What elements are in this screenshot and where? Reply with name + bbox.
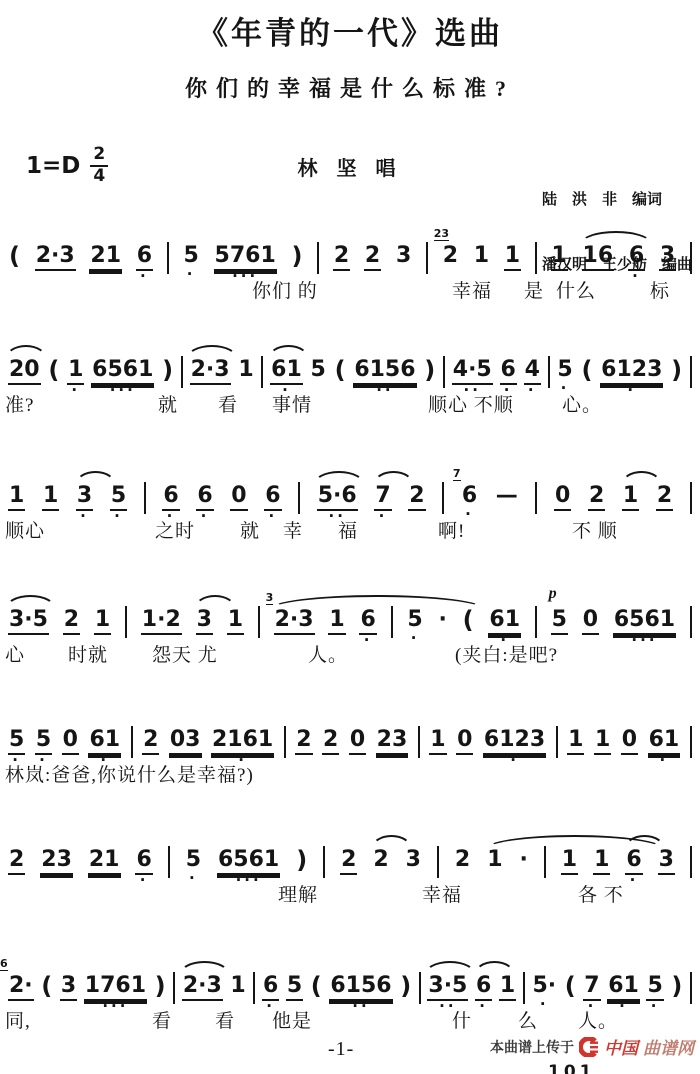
note: 6561··· bbox=[91, 358, 154, 385]
note: 1 bbox=[594, 728, 611, 755]
note-text: 1 bbox=[504, 244, 521, 271]
note-text: · bbox=[518, 848, 528, 873]
notes-row: 20(1·6561···)2·3161·5(6156··)4·5··6·4·5·… bbox=[8, 332, 692, 394]
note: 6· bbox=[162, 484, 179, 511]
note: 61· bbox=[607, 974, 640, 1001]
lyrics-row: 理解幸福各 不 bbox=[0, 880, 700, 906]
note-text: 3·5 bbox=[8, 608, 49, 635]
music-system-2: 20(1·6561···)2·3161·5(6156··)4·5··6·4·5·… bbox=[0, 332, 700, 394]
barline bbox=[523, 972, 525, 1004]
note: 20 bbox=[8, 358, 41, 385]
barline bbox=[261, 356, 263, 388]
lyric-syllable: 顺心 bbox=[5, 516, 45, 543]
barline bbox=[181, 356, 183, 388]
note: 3 bbox=[60, 974, 77, 1001]
note: · bbox=[518, 848, 528, 873]
barline bbox=[442, 482, 444, 514]
note: 1 bbox=[473, 244, 490, 269]
note: 1 bbox=[593, 848, 610, 875]
barline bbox=[317, 242, 319, 274]
slur-arc bbox=[5, 345, 47, 359]
note-text: 2 bbox=[408, 484, 425, 511]
note: 5761··· bbox=[214, 244, 277, 271]
note-text: 23 bbox=[40, 848, 73, 875]
note-text: 1 bbox=[429, 728, 446, 755]
lyric-syllable: 之时 bbox=[155, 516, 195, 543]
note: 03 bbox=[169, 728, 202, 755]
note: 6· bbox=[628, 244, 645, 271]
lyric-syllable: 么 bbox=[518, 1006, 538, 1033]
note: 5·· bbox=[531, 974, 557, 999]
note-text: 23 bbox=[376, 728, 409, 755]
note: 2 bbox=[333, 244, 350, 271]
note-text: 0 bbox=[554, 484, 571, 511]
note: 1 bbox=[328, 608, 345, 635]
note-text: 1·2 bbox=[141, 608, 182, 635]
note-text: ( bbox=[40, 973, 53, 1000]
lyrics-row: 林岚:爸爸,你说什么是幸福?) bbox=[0, 760, 700, 786]
note: 5 bbox=[310, 358, 327, 383]
note: 6·7 bbox=[461, 484, 478, 509]
note-text: 0 bbox=[62, 728, 79, 755]
note-text: 1 bbox=[328, 608, 345, 635]
note: 6156·· bbox=[353, 358, 416, 385]
clipped-stamp-number: 101 bbox=[548, 1062, 596, 1074]
lyric-syllable: 人。 bbox=[308, 640, 348, 667]
note-text: 2 bbox=[364, 244, 381, 271]
note-text: 1 bbox=[499, 974, 516, 1001]
lyrics-row: 同,看看他是什么人。 bbox=[0, 1006, 700, 1032]
slur-arc bbox=[424, 961, 476, 975]
note: 5· bbox=[182, 244, 199, 269]
lyric-syllable: 他是 bbox=[272, 1006, 312, 1033]
note-text: ) bbox=[161, 357, 174, 384]
note: 2 bbox=[408, 484, 425, 511]
note-text: 2 bbox=[588, 484, 605, 511]
slur-arc bbox=[194, 595, 235, 609]
note: 1 bbox=[429, 728, 446, 755]
note: 0 bbox=[349, 728, 366, 755]
note: 1 bbox=[94, 608, 111, 635]
note-text: 5 bbox=[551, 608, 568, 635]
lyrics-row: 心时就怨天 尤人。(夹白:是吧? bbox=[0, 640, 700, 666]
grace-note: 23 bbox=[434, 228, 449, 241]
lyric-syllable: 事情 bbox=[272, 390, 312, 417]
slur-arc bbox=[186, 345, 238, 359]
barline bbox=[690, 606, 692, 638]
note: 6· bbox=[500, 358, 517, 385]
barline bbox=[690, 356, 692, 388]
lyric-syllable: 就 bbox=[158, 390, 178, 417]
note: 3·5 bbox=[8, 608, 49, 635]
note: 0 bbox=[62, 728, 79, 755]
barline bbox=[426, 242, 428, 274]
note: 6· bbox=[136, 244, 153, 271]
note: 2·3 bbox=[182, 974, 223, 1001]
lyric-syllable: 同, bbox=[5, 1006, 31, 1033]
barline bbox=[690, 242, 692, 274]
note: 2·3 bbox=[190, 358, 231, 385]
note: 1 bbox=[229, 974, 246, 999]
note-text: 1 bbox=[561, 848, 578, 875]
notes-row: (2·3216·5·5761···)223223111166·3 bbox=[8, 218, 692, 280]
note: 2·6 bbox=[8, 974, 34, 1001]
lyric-syllable: 准? bbox=[5, 390, 34, 417]
note: 1 bbox=[622, 484, 639, 511]
barline bbox=[125, 606, 127, 638]
note: 16 bbox=[582, 244, 615, 271]
note-text: 1 bbox=[227, 608, 244, 635]
watermark-site-suffix: 曲谱网 bbox=[643, 1034, 694, 1059]
lyric-syllable: 福 bbox=[338, 516, 358, 543]
note-text: 21 bbox=[88, 848, 121, 875]
slur-arc bbox=[179, 961, 231, 975]
lyric-syllable: 看 bbox=[218, 390, 238, 417]
barline bbox=[253, 972, 255, 1004]
note-text: 2 bbox=[8, 848, 25, 875]
note-text: · bbox=[438, 608, 448, 633]
note: ) bbox=[161, 358, 174, 385]
note-text: 03 bbox=[169, 728, 202, 755]
note: — bbox=[495, 484, 519, 509]
note-text: 2·3 bbox=[35, 244, 76, 271]
note: 4·5·· bbox=[452, 358, 493, 385]
slur-arc bbox=[474, 961, 515, 975]
song-title: 你们的幸福是什么标准? bbox=[0, 72, 700, 103]
note: ( bbox=[564, 974, 577, 1001]
lyric-syllable: 看 bbox=[152, 1006, 172, 1033]
note: 5· bbox=[35, 728, 52, 755]
note: 7· bbox=[583, 974, 600, 1001]
note-text: 1 bbox=[567, 728, 584, 755]
note: 1·2 bbox=[141, 608, 182, 635]
barline bbox=[544, 846, 546, 878]
note: 3·5·· bbox=[427, 974, 468, 1001]
lyric-syllable: 幸 bbox=[283, 516, 303, 543]
note-text: 3 bbox=[405, 848, 422, 873]
watermark-text: 本曲谱上传于 bbox=[490, 1037, 574, 1057]
note: 21 bbox=[88, 848, 121, 875]
lyric-syllable: 理解 bbox=[278, 880, 318, 907]
note: ) bbox=[670, 358, 683, 385]
note: 1 bbox=[42, 484, 59, 511]
note: 6· bbox=[264, 484, 281, 511]
note: 6· bbox=[196, 484, 213, 511]
note-text: 2 bbox=[656, 484, 673, 511]
note-text: ) bbox=[295, 847, 308, 874]
note: 1 bbox=[499, 974, 516, 1001]
note-text: 1 bbox=[8, 484, 25, 511]
lyric-syllable: 心 bbox=[5, 640, 25, 667]
note: 3 bbox=[659, 244, 676, 271]
note: 5· bbox=[556, 358, 573, 383]
note: ) bbox=[290, 244, 303, 271]
song-collection-title: 《年青的一代》选曲 bbox=[0, 8, 700, 53]
note: 5 bbox=[286, 974, 303, 1001]
slur-arc bbox=[270, 595, 484, 609]
note: 2 bbox=[372, 848, 389, 873]
lyrics-row: 顺心之时就幸福啊!不 顺 bbox=[0, 516, 700, 542]
note: 2 bbox=[295, 728, 312, 755]
note: 2 bbox=[656, 484, 673, 511]
note-text: 1 bbox=[593, 848, 610, 875]
note: 5·6·· bbox=[317, 484, 358, 511]
note-text: 16 bbox=[582, 244, 615, 271]
notes-row: 113·5·6·6·06·5·6··7·26·7—0212 bbox=[8, 458, 692, 520]
note-text: 2 bbox=[340, 848, 357, 875]
watermark: 本曲谱上传于 中国 曲谱网 bbox=[490, 1034, 694, 1059]
music-system-7: 2·6(31761···)2·316·5(6156··)3·5··6·15··(… bbox=[0, 948, 700, 1010]
note: 1 bbox=[561, 848, 578, 875]
notes-row: 5·5·061·2032161·22023106123·11061· bbox=[8, 702, 692, 764]
note-text: 2·3 bbox=[274, 608, 315, 635]
note-text: 1 bbox=[229, 974, 246, 999]
note-text: 3 bbox=[60, 974, 77, 1001]
note: 61· bbox=[488, 608, 521, 635]
barline bbox=[535, 606, 537, 638]
note: 21 bbox=[89, 244, 122, 271]
note: 6561··· bbox=[217, 848, 280, 875]
note: 1 bbox=[504, 244, 521, 271]
barline bbox=[418, 726, 420, 758]
note-text: 0 bbox=[349, 728, 366, 755]
slur-arc bbox=[371, 835, 412, 849]
note: 6· bbox=[359, 608, 376, 635]
slur-arc bbox=[621, 471, 662, 485]
note: 6156·· bbox=[329, 974, 392, 1001]
sheet-music-page: { "header": { "title": "《年青的一代》选曲", "sub… bbox=[0, 0, 700, 1074]
note: 0 bbox=[230, 484, 247, 511]
note: ) bbox=[670, 974, 683, 1001]
note: 6561··· bbox=[613, 608, 676, 635]
note: 1 bbox=[567, 728, 584, 755]
note: 3 bbox=[196, 608, 213, 635]
note: 3 bbox=[658, 848, 675, 875]
note: 6· bbox=[625, 848, 642, 875]
lyric-syllable: 看 bbox=[215, 1006, 235, 1033]
note-text: ) bbox=[423, 357, 436, 384]
barline bbox=[548, 356, 550, 388]
slur-arc bbox=[75, 471, 116, 485]
note-text: 0 bbox=[582, 608, 599, 635]
note: 23 bbox=[376, 728, 409, 755]
barline bbox=[173, 972, 175, 1004]
note-text: 20 bbox=[8, 358, 41, 385]
grace-note: 6 bbox=[0, 958, 8, 971]
note: 3· bbox=[76, 484, 93, 511]
note: 0 bbox=[554, 484, 571, 511]
slur-arc bbox=[373, 471, 414, 485]
barline bbox=[298, 482, 300, 514]
note-text: ( bbox=[47, 357, 60, 384]
note: 1· bbox=[67, 358, 84, 385]
note-text: 2 bbox=[372, 848, 389, 873]
note: 23 bbox=[40, 848, 73, 875]
note: 2 bbox=[364, 244, 381, 271]
note: ) bbox=[154, 974, 167, 1001]
note-text: 2 bbox=[333, 244, 350, 271]
note: 3 bbox=[405, 848, 422, 873]
slur-arc bbox=[268, 345, 310, 359]
lyric-syllable: 你们 的 bbox=[252, 276, 318, 303]
note: ( bbox=[462, 608, 475, 635]
lyric-syllable: 啊! bbox=[438, 516, 465, 543]
note-text: 2 bbox=[454, 848, 471, 873]
notes-row: 223216·5·6561···)22321·116·3 bbox=[8, 822, 692, 884]
barline bbox=[131, 726, 133, 758]
note-text: 3 bbox=[658, 848, 675, 875]
lyric-syllable: (夹白:是吧? bbox=[455, 640, 558, 667]
note: 1 bbox=[486, 848, 503, 873]
lyric-syllable: 怨天 尤 bbox=[152, 640, 218, 667]
note: 5· bbox=[646, 974, 663, 1001]
note-text: ) bbox=[670, 973, 683, 1000]
note-text: 3 bbox=[659, 244, 676, 271]
music-system-6: 223216·5·6561···)22321·116·3理解幸福各 不 bbox=[0, 822, 700, 884]
note: 2 bbox=[142, 728, 159, 755]
note: 2 bbox=[454, 848, 471, 873]
lyric-syllable: 就 bbox=[240, 516, 260, 543]
note-text: ) bbox=[399, 973, 412, 1000]
note: ) bbox=[423, 358, 436, 385]
note: ( bbox=[310, 974, 323, 1001]
note: 4· bbox=[524, 358, 541, 385]
note-text: 0 bbox=[456, 728, 473, 755]
note-text: ( bbox=[462, 607, 475, 634]
notes-row: 2·6(31761···)2·316·5(6156··)3·5··6·15··(… bbox=[8, 948, 692, 1010]
note-text: 5 bbox=[286, 974, 303, 1001]
note: 2 bbox=[63, 608, 80, 635]
note: 6· bbox=[262, 974, 279, 1001]
note-text: 2 bbox=[295, 728, 312, 755]
music-system-1: (2·3216·5·5761···)223223111166·3你们 的幸福是什… bbox=[0, 218, 700, 280]
barline bbox=[167, 242, 169, 274]
note-text: 1 bbox=[473, 244, 490, 269]
note: 5p bbox=[551, 608, 568, 635]
note-text: ( bbox=[310, 973, 323, 1000]
barline bbox=[556, 726, 558, 758]
page-number: -1- bbox=[328, 1038, 354, 1061]
note: ) bbox=[295, 848, 308, 875]
watermark-site-name: 中国 bbox=[604, 1034, 638, 1059]
lyric-syllable: 顺心 不顺 bbox=[428, 390, 514, 417]
note-text: 0 bbox=[621, 728, 638, 755]
note: 2·33 bbox=[274, 608, 315, 635]
note: 2 bbox=[8, 848, 25, 875]
lyrics-row: 你们 的幸福是什么标 bbox=[0, 276, 700, 302]
barline bbox=[168, 846, 170, 878]
lyric-syllable: 什 bbox=[452, 1006, 472, 1033]
note-text: 2 bbox=[442, 244, 459, 269]
barline bbox=[419, 972, 421, 1004]
grace-note: 3 bbox=[266, 592, 274, 605]
note-text: 3 bbox=[196, 608, 213, 635]
barline bbox=[323, 846, 325, 878]
note: 1 bbox=[8, 484, 25, 511]
lyrics-row: 准?就看事情顺心 不顺心。 bbox=[0, 390, 700, 416]
slur-arc bbox=[5, 595, 57, 609]
note: 223 bbox=[442, 244, 459, 269]
note: 1 bbox=[227, 608, 244, 635]
note-text: ( bbox=[564, 973, 577, 1000]
barline bbox=[690, 972, 692, 1004]
barline bbox=[391, 606, 393, 638]
note-text: 1 bbox=[551, 244, 568, 271]
note: 61· bbox=[648, 728, 681, 755]
note-text: ( bbox=[580, 357, 593, 384]
note-text: 5 bbox=[310, 358, 327, 383]
note: 6· bbox=[475, 974, 492, 1001]
barline bbox=[690, 846, 692, 878]
qupuwang-logo-icon bbox=[579, 1037, 599, 1057]
barline bbox=[443, 356, 445, 388]
note: 7· bbox=[374, 484, 391, 511]
note: 2 bbox=[322, 728, 339, 755]
lyric-syllable: 幸福 bbox=[452, 276, 492, 303]
note: 1 bbox=[237, 358, 254, 383]
note-text: 1 bbox=[42, 484, 59, 511]
note: 5· bbox=[185, 848, 202, 873]
note: 0 bbox=[621, 728, 638, 755]
note: · bbox=[438, 608, 448, 633]
note-text: ) bbox=[154, 973, 167, 1000]
lyric-syllable: 各 不 bbox=[578, 880, 624, 907]
note-text: 1 bbox=[94, 608, 111, 635]
lyric-syllable: 时就 bbox=[68, 640, 108, 667]
note-text: 2· bbox=[8, 974, 34, 1001]
lyricist-line: 陆 洪 非 编词 bbox=[542, 190, 692, 212]
note-text: ( bbox=[8, 243, 21, 270]
note-text: 2·3 bbox=[190, 358, 231, 385]
barline bbox=[690, 726, 692, 758]
note-text: 2 bbox=[322, 728, 339, 755]
note-text: ) bbox=[290, 243, 303, 270]
barline bbox=[258, 606, 260, 638]
lyric-syllable: 心。 bbox=[562, 390, 602, 417]
slur-arc bbox=[313, 471, 365, 485]
lyric-syllable: 人。 bbox=[578, 1006, 618, 1033]
note: ) bbox=[399, 974, 412, 1001]
barline bbox=[144, 482, 146, 514]
note-text: 2 bbox=[63, 608, 80, 635]
lyric-syllable: 标 bbox=[650, 276, 670, 303]
barline bbox=[284, 726, 286, 758]
notes-row: 3·5211·2312·3316·5··(61·5p06561··· bbox=[8, 582, 692, 644]
note: 5· bbox=[406, 608, 423, 633]
note-text: 1 bbox=[237, 358, 254, 383]
note: 2·3 bbox=[35, 244, 76, 271]
lyric-syllable: 不 顺 bbox=[572, 516, 618, 543]
note: ( bbox=[8, 244, 21, 271]
note: 5· bbox=[8, 728, 25, 755]
note: 61· bbox=[88, 728, 121, 755]
lyric-syllable: 什么 bbox=[556, 276, 596, 303]
note: ( bbox=[47, 358, 60, 385]
note: ( bbox=[40, 974, 53, 1001]
note: 3 bbox=[395, 244, 412, 269]
note: 1 bbox=[551, 244, 568, 271]
lyric-syllable: 林岚:爸爸,你说什么是幸福?) bbox=[5, 760, 254, 787]
music-system-4: 3·5211·2312·3316·5··(61·5p06561···心时就怨天 … bbox=[0, 582, 700, 644]
note: 6123· bbox=[483, 728, 546, 755]
note-text: 0 bbox=[230, 484, 247, 511]
music-system-5: 5·5·061·2032161·22023106123·11061·林岚:爸爸,… bbox=[0, 702, 700, 764]
note: ( bbox=[580, 358, 593, 385]
note-text: 1 bbox=[622, 484, 639, 511]
lyric-syllable: 幸福 bbox=[422, 880, 462, 907]
note: 5· bbox=[110, 484, 127, 511]
note: 61· bbox=[270, 358, 303, 385]
